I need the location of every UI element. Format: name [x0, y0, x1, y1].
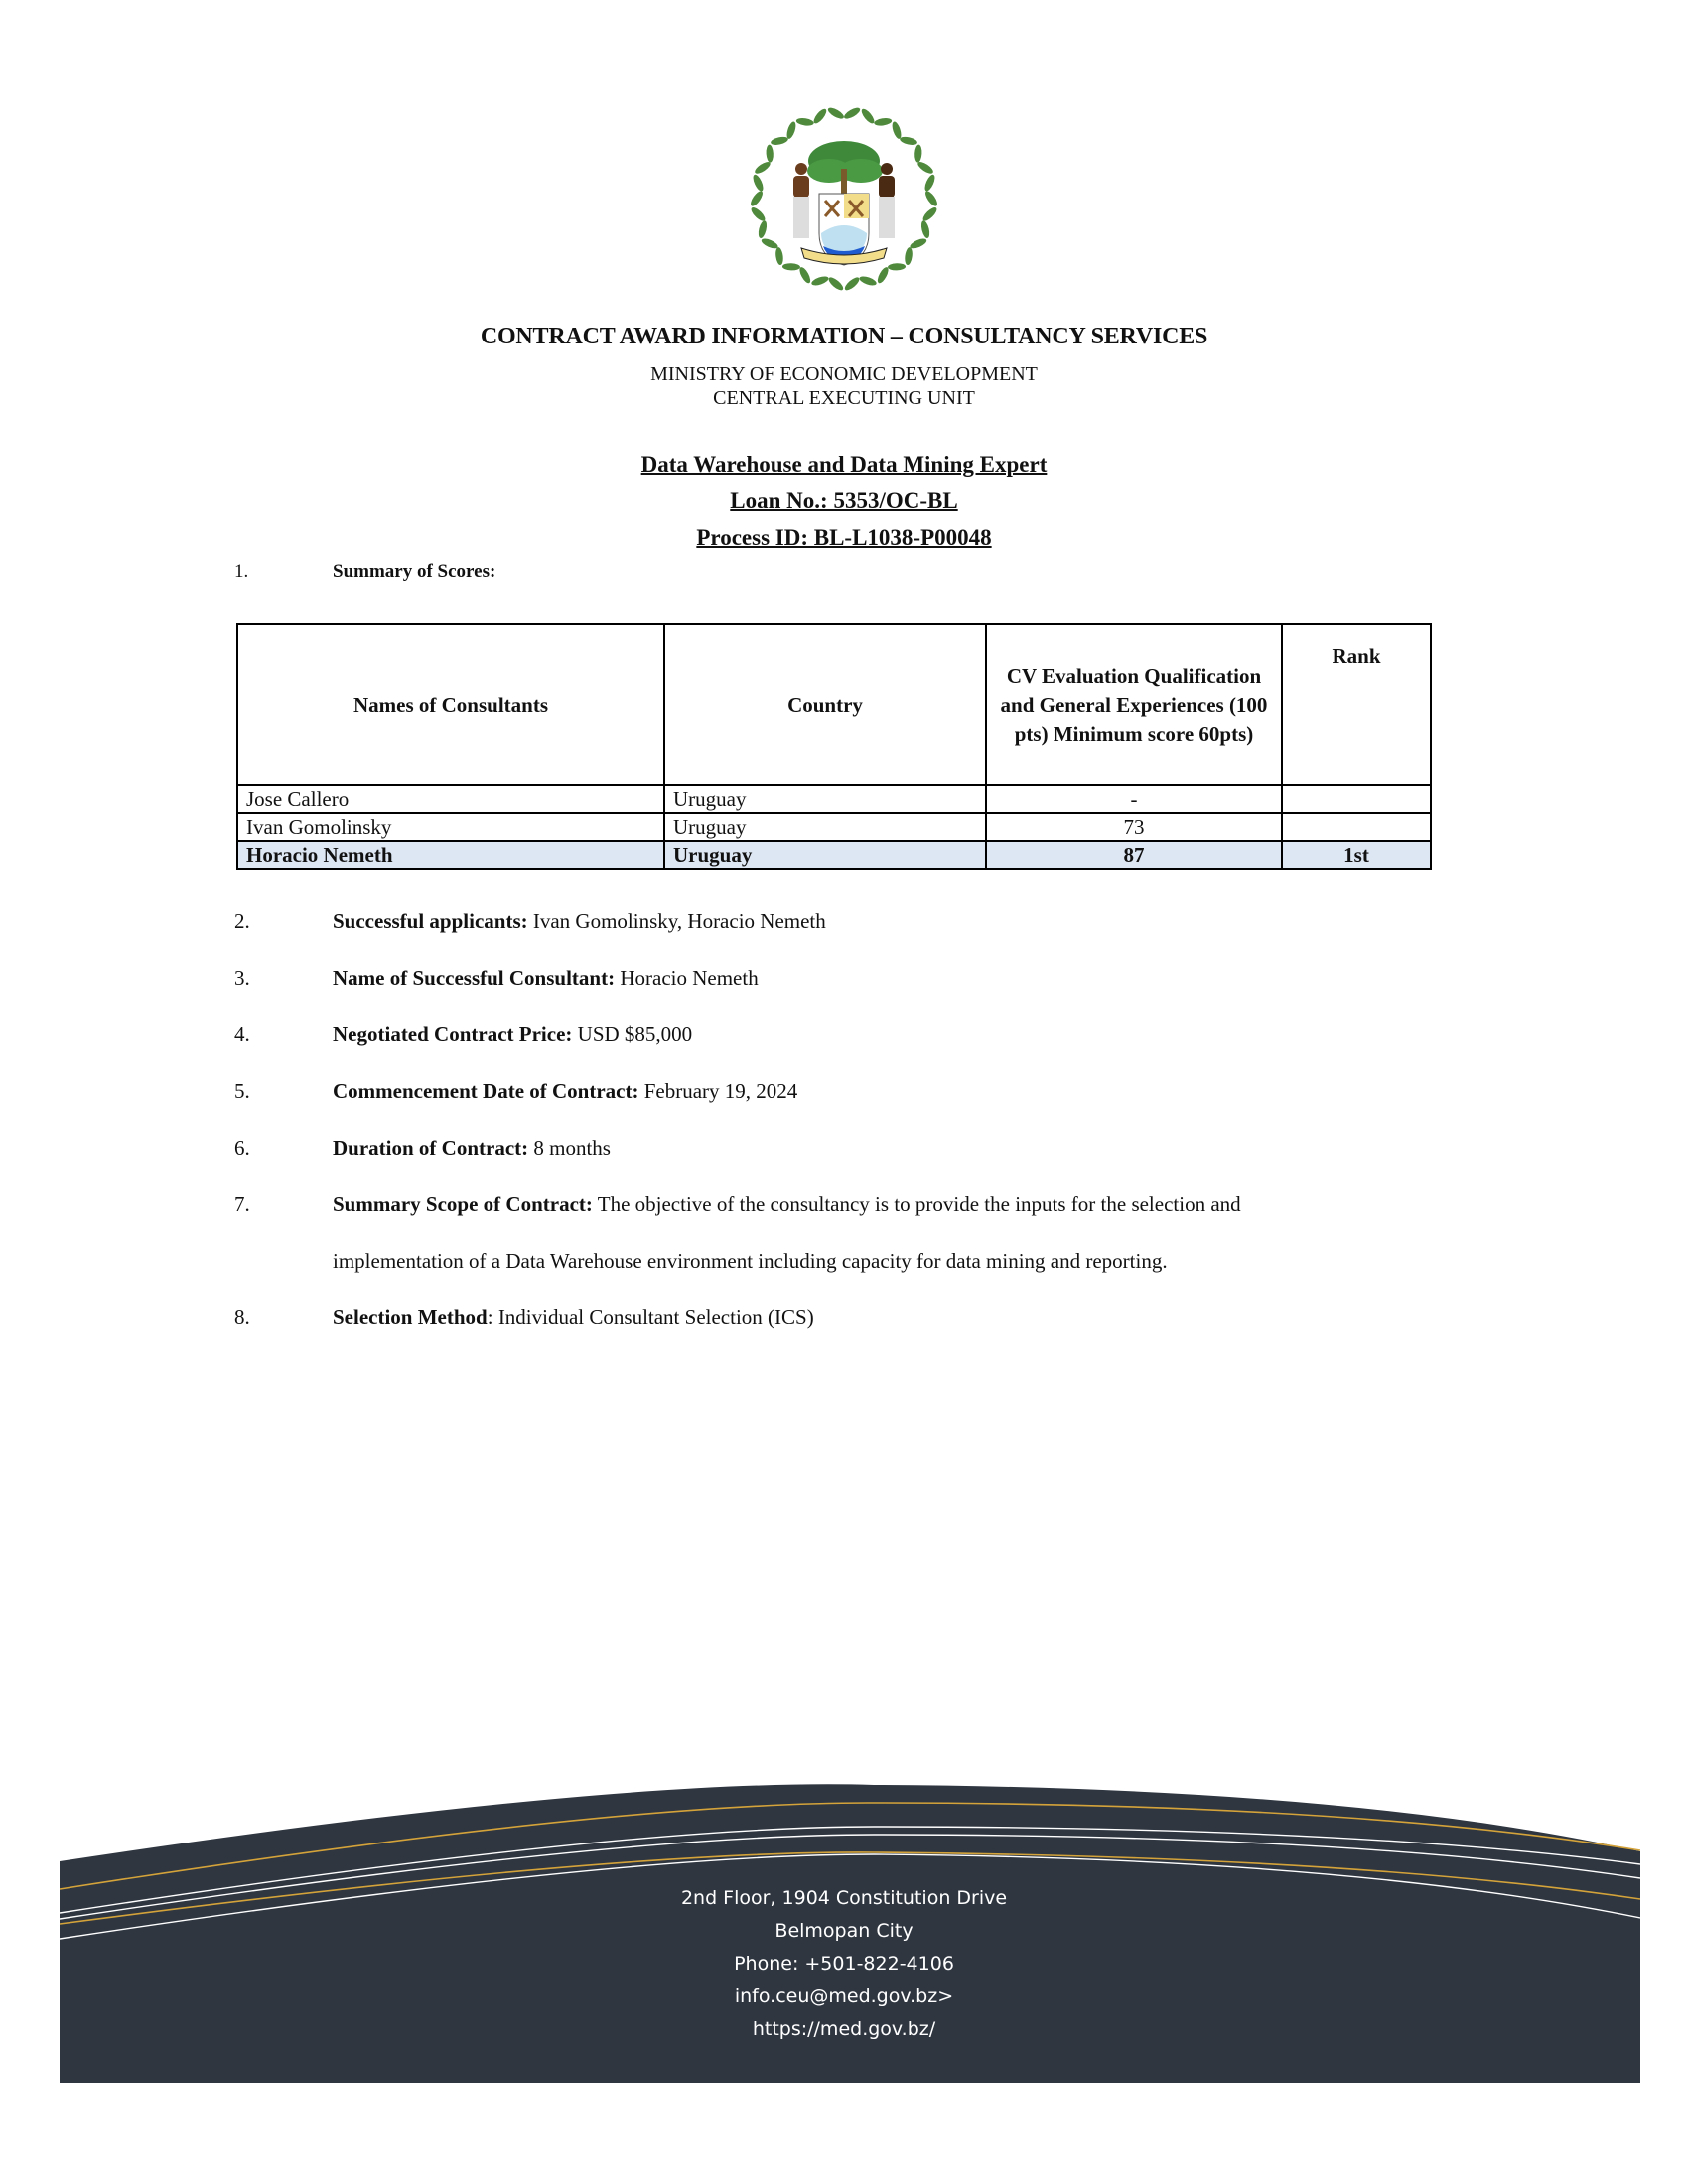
- table-row-winner: Horacio Nemeth Uruguay 87 1st: [237, 841, 1431, 869]
- ministry-name: MINISTRY OF ECONOMIC DEVELOPMENT: [0, 363, 1688, 386]
- footer-address: 2nd Floor, 1904 Constitution Drive: [0, 1882, 1688, 1915]
- section-number: 1.: [234, 561, 248, 583]
- loan-number: Loan No.: 5353/OC-BL: [0, 488, 1688, 514]
- item-value: The objective of the consultancy is to p…: [593, 1192, 1241, 1216]
- item-value: Horacio Nemeth: [615, 966, 759, 990]
- footer-website-link[interactable]: https://med.gov.bz/: [0, 2013, 1688, 2046]
- consultant-country: Uruguay: [664, 841, 986, 869]
- item-value: implementation of a Data Warehouse envir…: [333, 1249, 1445, 1274]
- position-title: Data Warehouse and Data Mining Expert: [0, 452, 1688, 478]
- process-id: Process ID: BL-L1038-P00048: [0, 525, 1688, 551]
- item-label: Negotiated Contract Price:: [333, 1023, 572, 1046]
- unit-name: CENTRAL EXECUTING UNIT: [0, 387, 1688, 410]
- consultant-rank: [1282, 785, 1431, 813]
- table-row: Jose Callero Uruguay -: [237, 785, 1431, 813]
- consultant-name: Ivan Gomolinsky: [237, 813, 664, 841]
- footer-phone: Phone: +501-822-4106: [0, 1948, 1688, 1980]
- item-number: 6.: [234, 1136, 250, 1160]
- item-number: 3.: [234, 966, 250, 991]
- item-number: 8.: [234, 1305, 250, 1330]
- consultant-score: 87: [986, 841, 1282, 869]
- consultant-name: Horacio Nemeth: [237, 841, 664, 869]
- footer-email-link[interactable]: info.ceu@med.gov.bz>: [0, 1980, 1688, 2013]
- item-label: Name of Successful Consultant:: [333, 966, 615, 990]
- table-row: Ivan Gomolinsky Uruguay 73: [237, 813, 1431, 841]
- column-header-name: Names of Consultants: [237, 624, 664, 785]
- consultant-country: Uruguay: [664, 785, 986, 813]
- item-number: 5.: [234, 1079, 250, 1104]
- footer-city: Belmopan City: [0, 1915, 1688, 1948]
- item-value: : Individual Consultant Selection (ICS): [488, 1305, 814, 1329]
- footer-contact: 2nd Floor, 1904 Constitution Drive Belmo…: [0, 1882, 1688, 2046]
- item-number: 4.: [234, 1023, 250, 1047]
- document-title: CONTRACT AWARD INFORMATION – CONSULTANCY…: [0, 324, 1688, 350]
- item-label: Summary Scope of Contract:: [333, 1192, 593, 1216]
- item-label: Successful applicants:: [333, 909, 528, 933]
- item-label: Selection Method: [333, 1305, 488, 1329]
- column-header-score: CV Evaluation Qualification and General …: [986, 624, 1282, 785]
- belize-coat-of-arms-icon: [730, 99, 958, 298]
- item-value: Ivan Gomolinsky, Horacio Nemeth: [528, 909, 826, 933]
- column-header-rank: Rank: [1282, 624, 1431, 785]
- item-value: USD $85,000: [572, 1023, 692, 1046]
- table-header-row: Names of Consultants Country CV Evaluati…: [237, 624, 1431, 785]
- item-number: 7.: [234, 1192, 250, 1217]
- scores-table: Names of Consultants Country CV Evaluati…: [236, 623, 1432, 870]
- consultant-name: Jose Callero: [237, 785, 664, 813]
- item-value: February 19, 2024: [638, 1079, 797, 1103]
- consultant-country: Uruguay: [664, 813, 986, 841]
- item-label: Commencement Date of Contract:: [333, 1079, 638, 1103]
- item-value: 8 months: [528, 1136, 611, 1160]
- consultant-score: 73: [986, 813, 1282, 841]
- section-label: Summary of Scores:: [333, 561, 495, 583]
- consultant-rank: [1282, 813, 1431, 841]
- consultant-rank: 1st: [1282, 841, 1431, 869]
- consultant-score: -: [986, 785, 1282, 813]
- item-number: 2.: [234, 909, 250, 934]
- item-label: Duration of Contract:: [333, 1136, 528, 1160]
- column-header-country: Country: [664, 624, 986, 785]
